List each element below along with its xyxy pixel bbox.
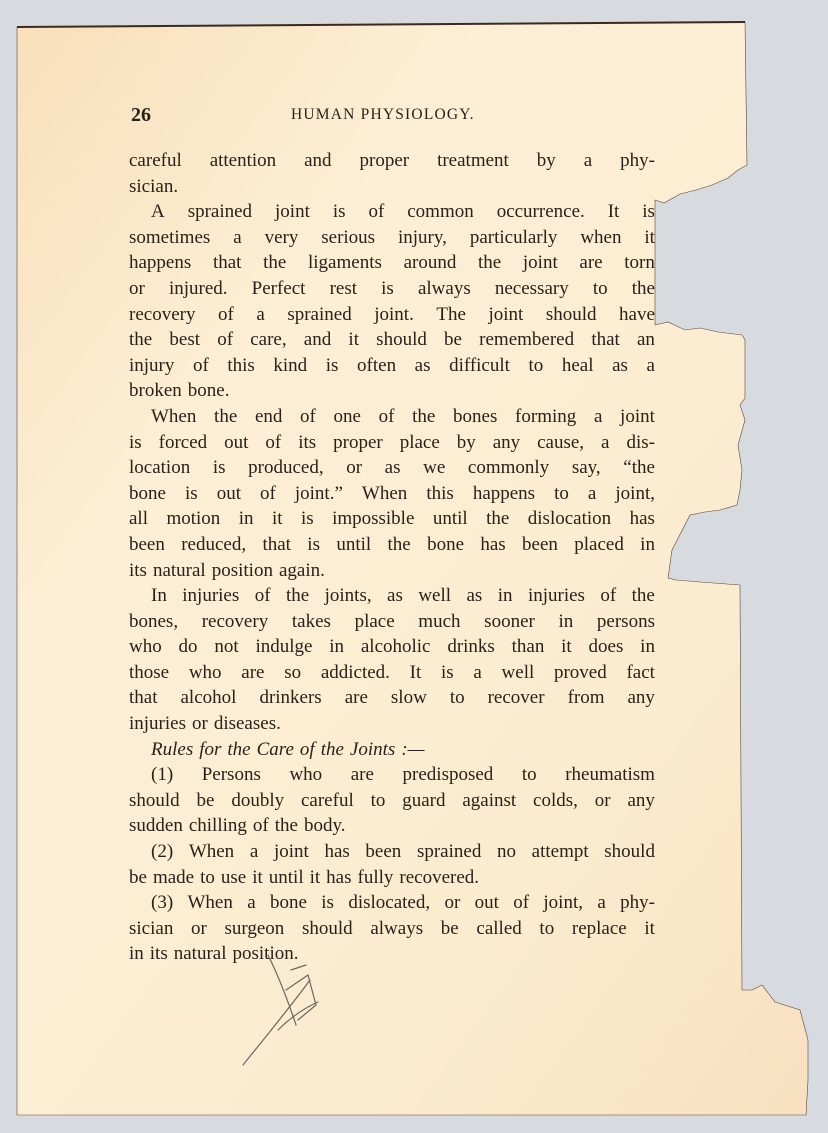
text-line: thosewhoaresoaddicted.Itisawellprovedfac… (129, 660, 655, 686)
text-line: thatalcoholdrinkersareslowtorecoverfroma… (129, 685, 655, 711)
text-line: Whentheendofoneofthebonesformingajoint (129, 404, 655, 430)
text-line: (3)Whenaboneisdislocated,oroutofjoint,ap… (129, 890, 655, 916)
text-line: bemadetouseituntilithasfullyrecovered. (129, 865, 655, 891)
text-line: injuriesordiseases. (129, 711, 655, 737)
running-head: 26 HUMAN PHYSIOLOGY. (131, 104, 661, 128)
text-line: locationisproduced,oraswecommonlysay,“th… (129, 455, 655, 481)
text-line: orinjured.Perfectrestisalwaysnecessaryto… (129, 276, 655, 302)
text-line: whodonotindulgeinalcoholicdrinksthanitdo… (129, 634, 655, 660)
text-line: allmotioninitisimpossibleuntilthedisloca… (129, 506, 655, 532)
text-line: injuryofthiskindisoftenasdifficulttoheal… (129, 353, 655, 379)
text-line: isforcedoutofitsproperplacebyanycause,ad… (129, 430, 655, 456)
text-line: bones,recoverytakesplacemuchsoonerinpers… (129, 609, 655, 635)
text-line: carefulattentionandpropertreatmentbyaphy… (129, 148, 655, 174)
page-number: 26 (131, 104, 151, 127)
text-line: (1)Personswhoarepredisposedtorheumatism (129, 762, 655, 788)
text-line: brokenbone. (129, 378, 655, 404)
text-line: Asprainedjointisofcommonoccurrence.Itis (129, 199, 655, 225)
text-line: Ininjuriesofthejoints,aswellasininjuries… (129, 583, 655, 609)
text-line: itsnaturalpositionagain. (129, 558, 655, 584)
text-line: initsnaturalposition. (129, 941, 655, 967)
text-line: sometimesaveryseriousinjury,particularly… (129, 225, 655, 251)
text-line: thebestofcare,anditshouldberememberedtha… (129, 327, 655, 353)
text-line: RulesfortheCareoftheJoints:— (129, 737, 655, 763)
pencil-scribble (228, 950, 338, 1070)
text-line: beenreduced,thatisuntilthebonehasbeenpla… (129, 532, 655, 558)
text-line: sician. (129, 174, 655, 200)
text-line: happensthattheligamentsaroundthejointare… (129, 250, 655, 276)
text-line: recoveryofasprainedjoint.Thejointshouldh… (129, 302, 655, 328)
body-text: carefulattentionandpropertreatmentbyaphy… (129, 148, 655, 967)
text-line: suddenchillingofthebody. (129, 813, 655, 839)
text-line: (2)Whenajointhasbeensprainednoattemptsho… (129, 839, 655, 865)
text-line: sicianorsurgeonshouldalwaysbecalledtorep… (129, 916, 655, 942)
running-title: HUMAN PHYSIOLOGY. (291, 106, 475, 124)
text-line: shouldbedoublycarefultoguardagainstcolds… (129, 788, 655, 814)
book-page: 26 HUMAN PHYSIOLOGY. carefulattentionand… (0, 0, 828, 1133)
text-line: boneisoutofjoint.”Whenthishappenstoajoin… (129, 481, 655, 507)
